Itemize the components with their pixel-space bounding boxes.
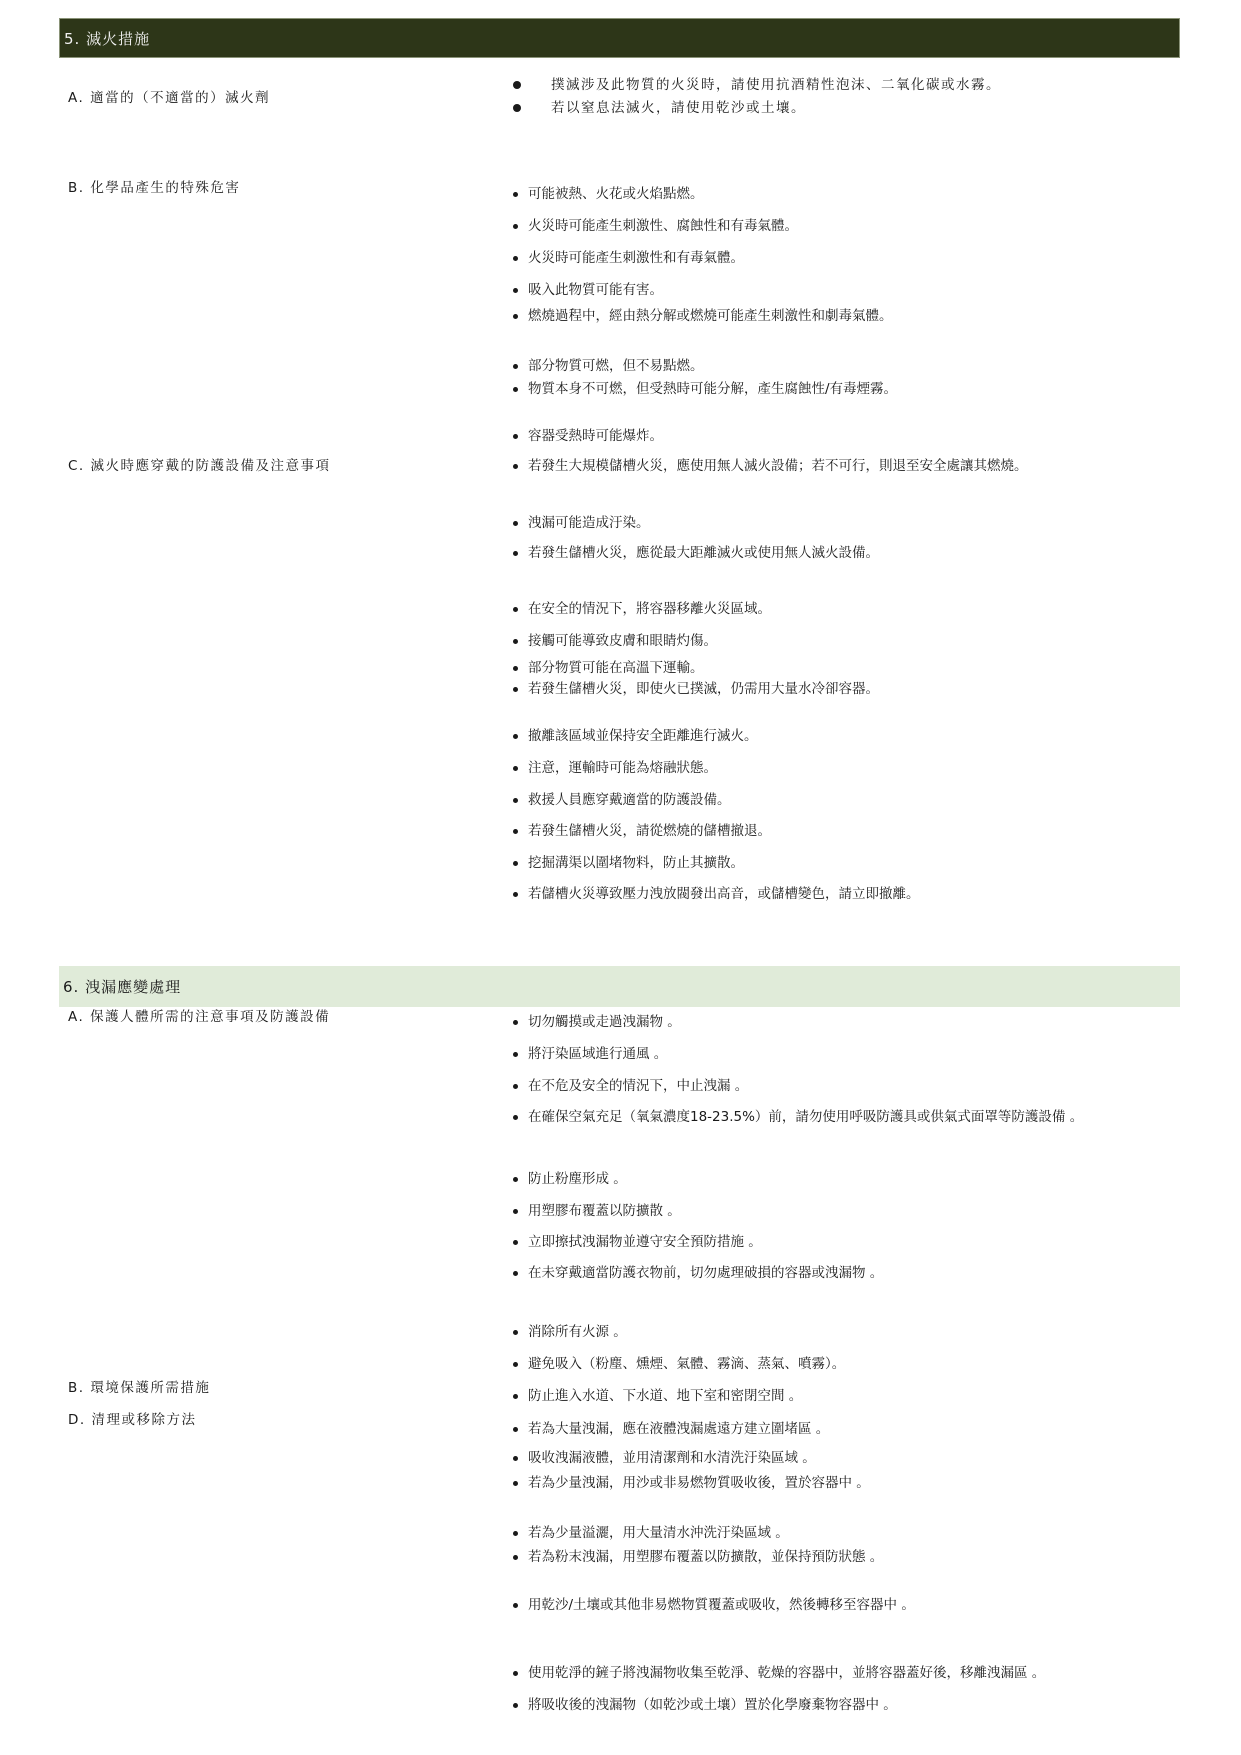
bullet-icon bbox=[513, 1115, 518, 1120]
bullet-icon bbox=[513, 1177, 518, 1182]
bullet-icon bbox=[513, 798, 518, 803]
bullet-icon bbox=[513, 1703, 518, 1708]
list-item: 在安全的情況下，將容器移離火災區域。 bbox=[513, 600, 771, 618]
bullet-icon bbox=[513, 666, 518, 671]
list-item: 用乾沙/土壤或其他非易燃物質覆蓋或吸收，然後轉移至容器中 。 bbox=[513, 1596, 915, 1614]
bullet-icon bbox=[513, 1209, 518, 1214]
bullet-icon bbox=[513, 1084, 518, 1089]
bullet-icon bbox=[513, 192, 518, 197]
bullet-icon bbox=[513, 1531, 518, 1536]
list-item: 避免吸入（粉塵、燻煙、氣體、霧滴、蒸氣、噴霧）。 bbox=[513, 1355, 845, 1373]
label-5b: B. 化學品產生的特殊危害 bbox=[68, 179, 240, 197]
bullet-icon bbox=[513, 256, 518, 261]
list-item: 若儲槽火災導致壓力洩放閥發出高音，或儲槽變色，請立即撤離。 bbox=[513, 885, 920, 903]
list-item: 洩漏可能造成汙染。 bbox=[513, 514, 650, 532]
bullet-icon bbox=[513, 81, 521, 89]
bullet-icon bbox=[513, 766, 518, 771]
bullet-icon bbox=[513, 1603, 518, 1608]
section-5-header: 5. 滅火措施 bbox=[59, 18, 1180, 58]
bullet-icon bbox=[513, 1555, 518, 1560]
label-6b: B. 環境保護所需措施 bbox=[68, 1379, 210, 1397]
list-item: 切勿觸摸或走過洩漏物 。 bbox=[513, 1013, 681, 1031]
section-5-title: 5. 滅火措施 bbox=[64, 28, 150, 49]
bullet-icon bbox=[513, 1456, 518, 1461]
bullet-icon bbox=[513, 1394, 518, 1399]
list-item: 用塑膠布覆蓋以防擴散 。 bbox=[513, 1202, 681, 1220]
list-item: 若為少量洩漏，用沙或非易燃物質吸收後，置於容器中 。 bbox=[513, 1474, 870, 1492]
list-item: 若發生儲槽火災，即使火已撲滅，仍需用大量水冷卻容器。 bbox=[513, 680, 879, 698]
list-item: 燃燒過程中，經由熱分解或燃燒可能產生刺激性和劇毒氣體。 bbox=[513, 307, 893, 325]
list-item: 在不危及安全的情況下，中止洩漏 。 bbox=[513, 1077, 748, 1095]
list-item: 救援人員應穿戴適當的防護設備。 bbox=[513, 791, 731, 809]
list-item: 若為少量溢灑，用大量清水沖洗汙染區域 。 bbox=[513, 1524, 789, 1542]
list-item: 部分物質可燃，但不易點燃。 bbox=[513, 357, 704, 375]
bullet-icon bbox=[513, 639, 518, 644]
bullet-icon bbox=[513, 521, 518, 526]
bullet-icon bbox=[513, 364, 518, 369]
list-item: 將汙染區域進行通風 。 bbox=[513, 1045, 667, 1063]
list-item: 注意，運輸時可能為熔融狀態。 bbox=[513, 759, 717, 777]
bullet-icon bbox=[513, 104, 521, 112]
list-item: 容器受熱時可能爆炸。 bbox=[513, 427, 663, 445]
bullet-icon bbox=[513, 1052, 518, 1057]
bullet-icon bbox=[513, 464, 518, 469]
bullet-icon bbox=[513, 1330, 518, 1335]
bullet-icon bbox=[513, 892, 518, 897]
bullet-icon bbox=[513, 434, 518, 439]
bullet-icon bbox=[513, 1240, 518, 1245]
section-6-title: 6. 洩漏應變處理 bbox=[63, 976, 181, 997]
list-item: 部分物質可能在高溫下運輸。 bbox=[513, 659, 704, 677]
label-5a: A. 適當的（不適當的）滅火劑 bbox=[68, 89, 270, 107]
list-item: 防止粉塵形成 。 bbox=[513, 1170, 627, 1188]
bullet-icon bbox=[513, 1271, 518, 1276]
list-item: 若發生儲槽火災，請從燃燒的儲槽撤退。 bbox=[513, 822, 771, 840]
list-item: 撤離該區域並保持安全距離進行滅火。 bbox=[513, 727, 758, 745]
list-item: 吸收洩漏液體，並用清潔劑和水清洗汙染區域 。 bbox=[513, 1449, 816, 1467]
bullet-icon bbox=[513, 1020, 518, 1025]
bullet-icon bbox=[513, 387, 518, 392]
list-item: 防止進入水道、下水道、地下室和密閉空間 。 bbox=[513, 1387, 802, 1405]
list-item: 物質本身不可燃，但受熱時可能分解，產生腐蝕性/有毒煙霧。 bbox=[513, 380, 897, 398]
bullet-icon bbox=[513, 1671, 518, 1676]
list-item: 挖掘溝渠以圍堵物料，防止其擴散。 bbox=[513, 854, 744, 872]
bullet-icon bbox=[513, 687, 518, 692]
bullet-icon bbox=[513, 829, 518, 834]
bullet-icon bbox=[513, 551, 518, 556]
list-item: 可能被熱、火花或火焰點燃。 bbox=[513, 185, 704, 203]
list-item: 消除所有火源 。 bbox=[513, 1323, 627, 1341]
section-6-header: 6. 洩漏應變處理 bbox=[59, 966, 1180, 1007]
list-item: 使用乾淨的鏟子將洩漏物收集至乾淨、乾燥的容器中，並將容器蓋好後，移離洩漏區 。 bbox=[513, 1664, 1045, 1682]
list-item: 立即擦拭洩漏物並遵守安全預防措施 。 bbox=[513, 1233, 762, 1251]
list-item: 撲滅涉及此物質的火災時，請使用抗酒精性泡沫、二氧化碳或水霧。 bbox=[513, 76, 1001, 94]
bullet-icon bbox=[513, 288, 518, 293]
list-item: 火災時可能產生刺激性和有毒氣體。 bbox=[513, 249, 744, 267]
label-6d: D. 清理或移除方法 bbox=[68, 1411, 196, 1429]
bullet-icon bbox=[513, 861, 518, 866]
bullet-icon bbox=[513, 314, 518, 319]
bullet-icon bbox=[513, 607, 518, 612]
list-item: 若發生大規模儲槽火災，應使用無人滅火設備；若不可行，則退至安全處讓其燃燒。 bbox=[513, 457, 1028, 475]
list-item: 若以窒息法滅火，請使用乾沙或土壤。 bbox=[513, 99, 806, 117]
label-6a: A. 保護人體所需的注意事項及防護設備 bbox=[68, 1008, 330, 1026]
list-item: 若發生儲槽火災，應從最大距離滅火或使用無人滅火設備。 bbox=[513, 544, 879, 562]
label-5c: C. 滅火時應穿戴的防護設備及注意事項 bbox=[68, 457, 331, 475]
bullet-icon bbox=[513, 1427, 518, 1432]
list-item: 吸入此物質可能有害。 bbox=[513, 281, 663, 299]
list-item: 接觸可能導致皮膚和眼睛灼傷。 bbox=[513, 632, 717, 650]
bullet-icon bbox=[513, 1362, 518, 1367]
list-item: 若為大量洩漏，應在液體洩漏處遠方建立圍堵區 。 bbox=[513, 1420, 829, 1438]
bullet-icon bbox=[513, 1481, 518, 1486]
list-item: 若為粉末洩漏，用塑膠布覆蓋以防擴散，並保持預防狀態 。 bbox=[513, 1548, 883, 1566]
list-item: 火災時可能產生刺激性、腐蝕性和有毒氣體。 bbox=[513, 217, 798, 235]
list-item: 將吸收後的洩漏物（如乾沙或土壤）置於化學廢棄物容器中 。 bbox=[513, 1696, 897, 1714]
bullet-icon bbox=[513, 734, 518, 739]
list-item: 在未穿戴適當防護衣物前，切勿處理破損的容器或洩漏物 。 bbox=[513, 1264, 883, 1282]
list-item: 在確保空氣充足（氧氣濃度18-23.5%）前，請勿使用呼吸防護具或供氣式面罩等防… bbox=[513, 1108, 1083, 1126]
bullet-icon bbox=[513, 224, 518, 229]
